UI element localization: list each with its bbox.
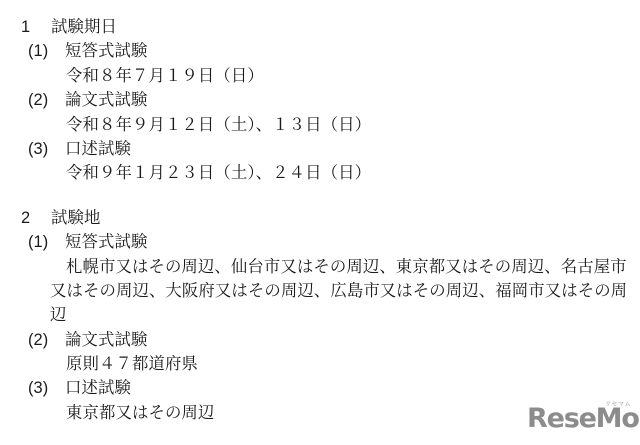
document: 1試験期日 (1)短答式試験 令和８年７月１９日（日） (2)論文式試験 令和８… [0, 0, 640, 445]
resemom-logo: リセマム ReseMom. [527, 399, 637, 439]
section-title: 試験期日 [51, 18, 117, 36]
item-body-line: 又はその周辺、大阪府又はその周辺、広島市又はその周辺、福岡市又はその周 [0, 279, 640, 303]
section-2-item-2: (2)論文式試験 [0, 328, 640, 352]
section-2-item-3: (3)口述試験 [0, 376, 640, 400]
item-label: (1) [28, 230, 65, 254]
section-2-item-1: (1)短答式試験 [0, 230, 640, 254]
item-title: 論文式試験 [65, 91, 147, 109]
item-body-line: 原則４７都道府県 [0, 352, 640, 376]
section-1-item-2: (2)論文式試験 [0, 88, 640, 112]
item-title: 短答式試験 [65, 233, 147, 251]
item-title: 口述試験 [65, 379, 131, 397]
item-label: (2) [28, 328, 65, 352]
item-label: (3) [28, 376, 65, 400]
item-body-line: 令和８年９月１２日（土）、１３日（日） [0, 113, 640, 137]
item-label: (3) [28, 137, 65, 161]
item-body-line: 令和８年７月１９日（日） [0, 64, 640, 88]
section-number: 1 [21, 15, 51, 39]
item-label: (2) [28, 88, 65, 112]
section-1-item-3: (3)口述試験 [0, 137, 640, 161]
section-1-item-1: (1)短答式試験 [0, 39, 640, 63]
resemom-logo-text: ReseMom. [527, 403, 640, 434]
section-2-heading: 2試験地 [0, 206, 640, 230]
section-1-heading: 1試験期日 [0, 15, 640, 39]
section-number: 2 [21, 206, 51, 230]
item-title: 短答式試験 [65, 42, 147, 60]
item-body-line: 令和９年１月２３日（土）、２４日（日） [0, 161, 640, 185]
section-gap [0, 186, 640, 206]
item-body-line: 辺 [0, 303, 640, 327]
item-body-line: 札幌市又はその周辺、仙台市又はその周辺、東京都又はその周辺、名古屋市 [0, 255, 640, 279]
item-title: 論文式試験 [65, 331, 147, 349]
item-title: 口述試験 [65, 140, 131, 158]
item-label: (1) [28, 39, 65, 63]
section-title: 試験地 [51, 209, 100, 227]
